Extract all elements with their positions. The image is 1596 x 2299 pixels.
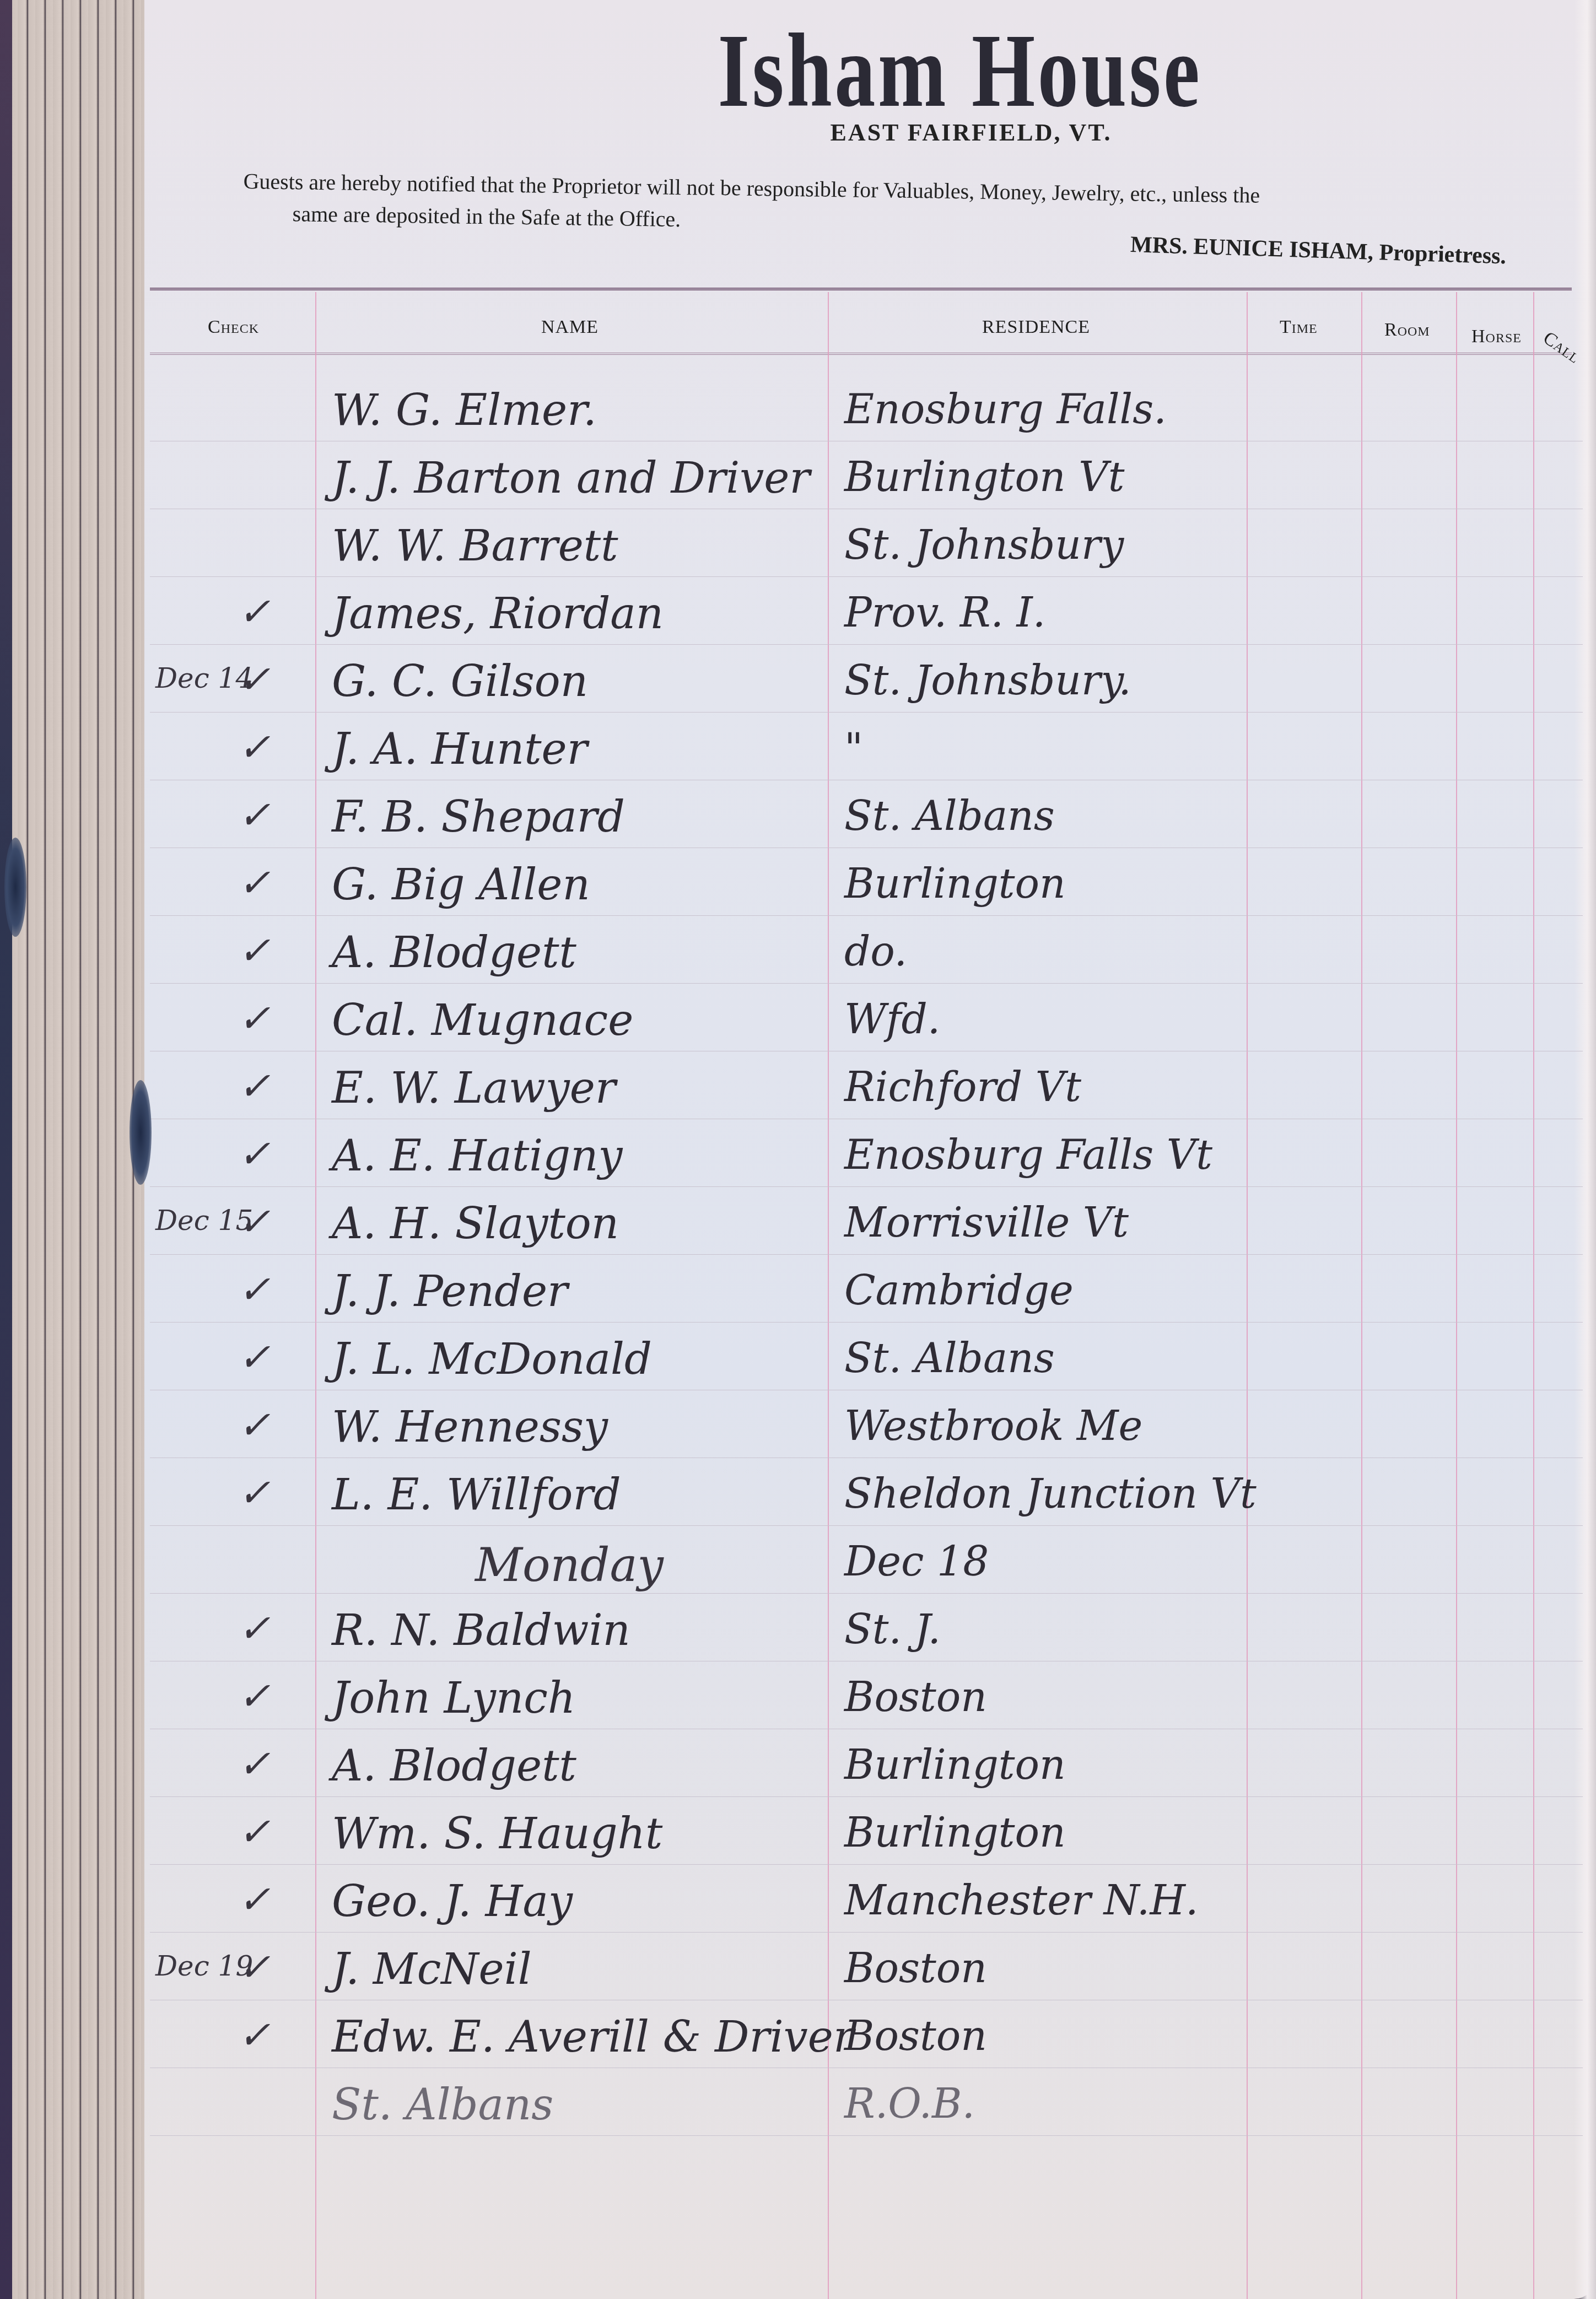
row-rule xyxy=(150,2068,1583,2068)
guest-name: W. W. Barrett xyxy=(332,521,618,571)
day-heading-date: Dec 18 xyxy=(844,1538,989,1585)
book-cover-edge xyxy=(0,0,12,2299)
hotel-title: Isham House xyxy=(595,11,1325,131)
guest-residence: St. Albans xyxy=(844,1335,1055,1382)
row-rule xyxy=(150,712,1583,713)
guest-name: Cal. Mugnace xyxy=(332,996,633,1045)
row-rule xyxy=(150,915,1583,916)
column-divider xyxy=(315,292,316,2299)
day-heading: Monday xyxy=(475,1538,664,1592)
check-mark: ✓ xyxy=(238,1877,271,1922)
row-rule xyxy=(150,848,1583,848)
guest-residence: Sheldon Junction Vt xyxy=(844,1470,1257,1518)
guest-name: J. J. Barton and Driver xyxy=(332,454,810,503)
check-mark: ✓ xyxy=(238,1809,271,1854)
guest-residence: R.O.B. xyxy=(844,2080,975,2128)
row-rule xyxy=(150,644,1583,645)
row-rule xyxy=(150,509,1583,509)
check-mark: ✓ xyxy=(238,1470,271,1515)
guest-residence: Cambridge xyxy=(844,1267,1074,1314)
row-rule xyxy=(150,1119,1583,1119)
guest-residence: " xyxy=(844,725,863,772)
row-rule xyxy=(150,1390,1583,1390)
guest-residence: Morrisville Vt xyxy=(844,1199,1129,1246)
check-mark: ✓ xyxy=(238,1674,271,1719)
guest-residence: St. J. xyxy=(844,1606,941,1653)
row-rule xyxy=(150,1458,1583,1458)
guest-residence: St. Albans xyxy=(844,792,1055,840)
guest-name: A. H. Slayton xyxy=(332,1199,619,1249)
column-header-check: Check xyxy=(208,317,259,338)
guest-residence: Burlington xyxy=(844,1741,1066,1789)
guest-residence: do. xyxy=(844,928,907,975)
check-mark: ✓ xyxy=(238,1606,271,1651)
guest-name: Geo. J. Hay xyxy=(332,1877,573,1926)
guest-residence: Wfd. xyxy=(844,996,940,1043)
guest-name: J. L. McDonald xyxy=(332,1335,652,1384)
row-rule xyxy=(150,983,1583,984)
guest-residence: St. Johnsbury. xyxy=(844,657,1131,704)
guest-residence: Boston xyxy=(844,2012,987,2060)
row-rule xyxy=(150,2000,1583,2000)
row-rule xyxy=(150,1593,1583,1594)
guest-residence: Enosburg Falls. xyxy=(844,386,1167,433)
book-page-edges xyxy=(0,0,146,2299)
guest-name: E. W. Lawyer xyxy=(332,1064,616,1113)
row-rule xyxy=(150,1661,1583,1661)
row-rule xyxy=(150,1186,1583,1187)
row-rule xyxy=(150,576,1583,577)
guest-residence: Boston xyxy=(844,1945,987,1992)
guest-residence: St. Johnsbury xyxy=(844,521,1124,569)
column-header-horse: Horse xyxy=(1471,326,1522,347)
row-rule xyxy=(150,1322,1583,1323)
column-header-name: NAME xyxy=(541,317,598,338)
check-mark: ✓ xyxy=(238,792,271,838)
guest-name: James, Riordan xyxy=(332,589,664,639)
guest-residence: Boston xyxy=(844,1674,987,1721)
header-rule-top xyxy=(150,288,1572,290)
guest-notice: Guests are hereby notified that the Prop… xyxy=(242,165,1596,249)
check-mark: ✓ xyxy=(238,1064,271,1109)
column-divider xyxy=(1247,292,1248,2299)
check-mark: ✓ xyxy=(238,2012,271,2058)
guest-residence: Prov. R. I. xyxy=(844,589,1045,636)
guest-name: W. G. Elmer. xyxy=(332,386,597,435)
guest-name: St. Albans xyxy=(332,2080,553,2130)
margin-date: Dec 15 xyxy=(155,1205,253,1237)
guest-residence: Burlington xyxy=(844,1809,1066,1857)
check-mark: ✓ xyxy=(238,860,271,905)
column-divider xyxy=(1361,292,1362,2299)
row-rule xyxy=(150,1864,1583,1865)
guest-name: R. N. Baldwin xyxy=(332,1606,630,1655)
column-divider xyxy=(1533,292,1534,2299)
ink-stain xyxy=(4,838,26,937)
ink-stain xyxy=(130,1080,152,1185)
guest-name: A. Blodgett xyxy=(332,928,576,978)
guest-name: J. A. Hunter xyxy=(332,725,587,774)
margin-date: Dec 19 xyxy=(155,1950,253,1982)
check-mark: ✓ xyxy=(238,725,271,770)
guest-residence: Richford Vt xyxy=(844,1064,1081,1111)
margin-date: Dec 14 xyxy=(155,662,253,694)
column-divider xyxy=(1456,292,1457,2299)
guest-name: Wm. S. Haught xyxy=(332,1809,662,1859)
column-header-residence: RESIDENCE xyxy=(982,317,1090,338)
guest-name: John Lynch xyxy=(332,1674,575,1723)
column-header-time: Time xyxy=(1280,317,1318,338)
guest-name: L. E. Willford xyxy=(332,1470,621,1520)
check-mark: ✓ xyxy=(238,1131,271,1177)
hotel-location: EAST FAIRFIELD, VT. xyxy=(723,118,1219,147)
row-rule xyxy=(150,1729,1583,1729)
column-header-room: Room xyxy=(1384,320,1430,341)
guest-name: G. C. Gilson xyxy=(332,657,588,706)
check-mark: ✓ xyxy=(238,928,271,973)
row-rule xyxy=(150,1254,1583,1255)
row-rule xyxy=(150,441,1583,441)
check-mark: ✓ xyxy=(238,1335,271,1380)
guest-residence: Westbrook Me xyxy=(844,1402,1142,1450)
check-mark: ✓ xyxy=(238,589,271,634)
row-rule xyxy=(150,2135,1583,2136)
check-mark: ✓ xyxy=(238,1267,271,1312)
column-divider xyxy=(828,292,829,2299)
check-mark: ✓ xyxy=(238,1741,271,1787)
guest-name: J. J. Pender xyxy=(332,1267,568,1316)
guest-name: G. Big Allen xyxy=(332,860,590,910)
guest-residence: Burlington xyxy=(844,860,1066,908)
guest-residence: Manchester N.H. xyxy=(844,1877,1198,1924)
guest-name: F. B. Shepard xyxy=(332,792,625,842)
guest-residence: Enosburg Falls Vt xyxy=(844,1131,1212,1179)
row-rule xyxy=(150,1525,1583,1526)
check-mark: ✓ xyxy=(238,996,271,1041)
guest-name: W. Hennessy xyxy=(332,1402,608,1452)
ledger-page: Isham House EAST FAIRFIELD, VT. Guests a… xyxy=(144,0,1596,2299)
page-curl xyxy=(1574,0,1596,2299)
check-mark: ✓ xyxy=(238,1402,271,1448)
guest-name: A. Blodgett xyxy=(332,1741,576,1791)
row-rule xyxy=(150,1051,1583,1051)
row-rule xyxy=(150,1932,1583,1933)
guest-name: A. E. Hatigny xyxy=(332,1131,623,1181)
header-rule-bottom xyxy=(150,353,1572,355)
guest-name: J. McNeil xyxy=(332,1945,532,1994)
row-rule xyxy=(150,1796,1583,1797)
guest-residence: Burlington Vt xyxy=(844,454,1124,501)
row-rule xyxy=(150,780,1583,780)
guest-name: Edw. E. Averill & Driver xyxy=(332,2012,854,2062)
